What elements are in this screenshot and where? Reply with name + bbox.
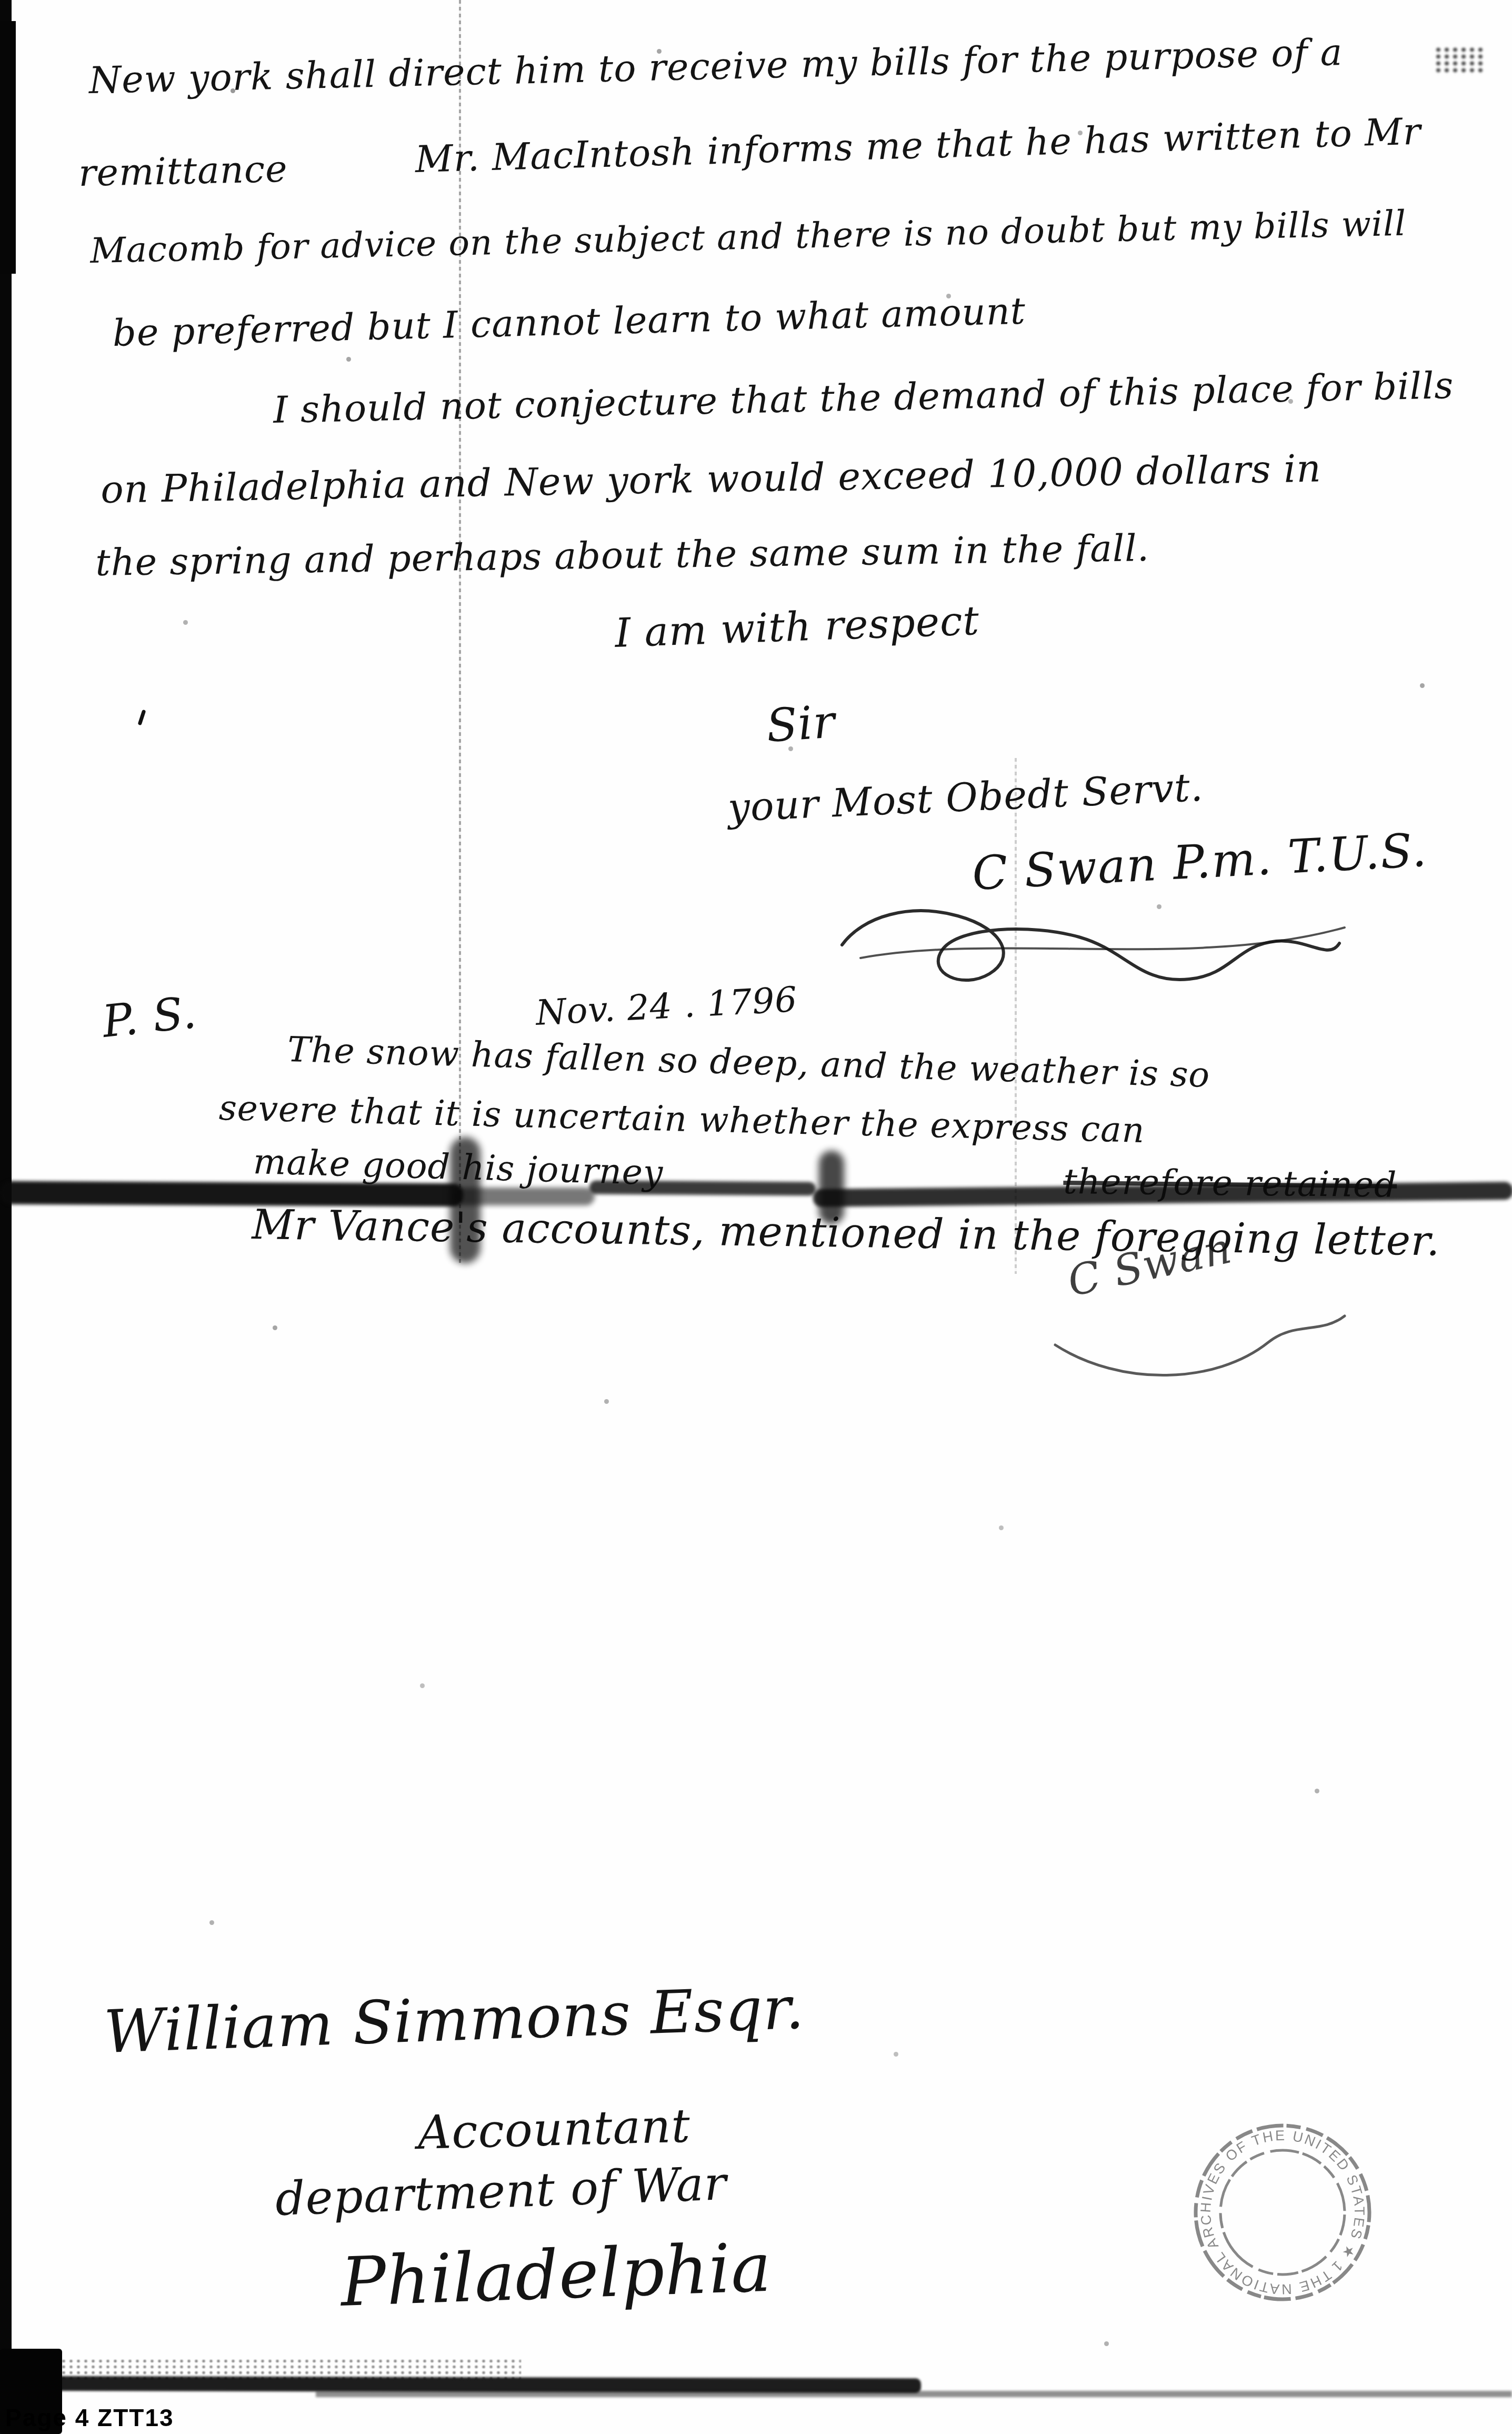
body-line-5: I should not conjecture that the demand …: [273, 364, 1454, 432]
postscript-line-4: Mr Vance's accounts, mentioned in the fo…: [252, 1201, 1440, 1265]
ink-smear-band: [589, 1180, 816, 1195]
postscript-label: P. S.: [100, 986, 199, 1048]
postscript-date: Nov. 24 . 1796: [535, 979, 798, 1033]
ink-smudge-top-right: [1434, 46, 1484, 75]
national-archives-stamp-icon: THE NATIONAL ARCHIVES OF THE UNITED STAT…: [1153, 2083, 1411, 2341]
scan-edge-left-top: [0, 21, 16, 274]
body-line-7: the spring and perhaps about the same su…: [95, 526, 1150, 584]
closing-sir: Sir: [765, 695, 837, 753]
scan-smear-bottom-thin: [316, 2391, 1512, 2397]
signature-flourish: [832, 895, 1358, 1005]
closing-valediction: your Most Obedt Servt.: [727, 765, 1204, 831]
ink-smudge-vertical: [450, 1137, 480, 1263]
ink-smear-band: [0, 1181, 463, 1207]
ink-smear-band: [813, 1182, 1512, 1207]
body-line-2-rest: Mr. MacIntosh informs me that he has wri…: [415, 110, 1421, 181]
body-line-4: be preferred but I cannot learn to what …: [112, 290, 1026, 355]
address-title: Accountant: [417, 2098, 691, 2160]
address-city: Philadelphia: [339, 2229, 773, 2322]
scan-noise-speckles: [0, 0, 3, 3]
address-department: department of War: [274, 2156, 727, 2226]
signature-main: C Swan P.m. T.U.S.: [971, 823, 1429, 901]
postscript-line-2: severe that it is uncertain whether the …: [218, 1088, 1145, 1151]
postscript-line-1: The snow has fallen so deep, and the wea…: [287, 1029, 1210, 1095]
stray-ink-mark: [138, 710, 146, 726]
postscript-signature-flourish: [1042, 1300, 1368, 1395]
body-line-6: on Philadelphia and New york would excee…: [101, 446, 1322, 512]
body-line-3: Macomb for advice on the subject and the…: [89, 203, 1407, 271]
ink-smudge-vertical: [819, 1151, 844, 1224]
body-line-2-word: remittance: [78, 147, 288, 195]
closing-salutation: I am with respect: [614, 597, 980, 656]
page-label: Page 4 ZTT13: [5, 2403, 174, 2432]
scanned-letter-page: New york shall direct him to receive my …: [0, 0, 1512, 2434]
body-line-1: New york shall direct him to receive my …: [88, 31, 1343, 102]
scan-edge-left: [0, 0, 12, 2434]
address-name: William Simmons Esqr.: [103, 1974, 805, 2067]
